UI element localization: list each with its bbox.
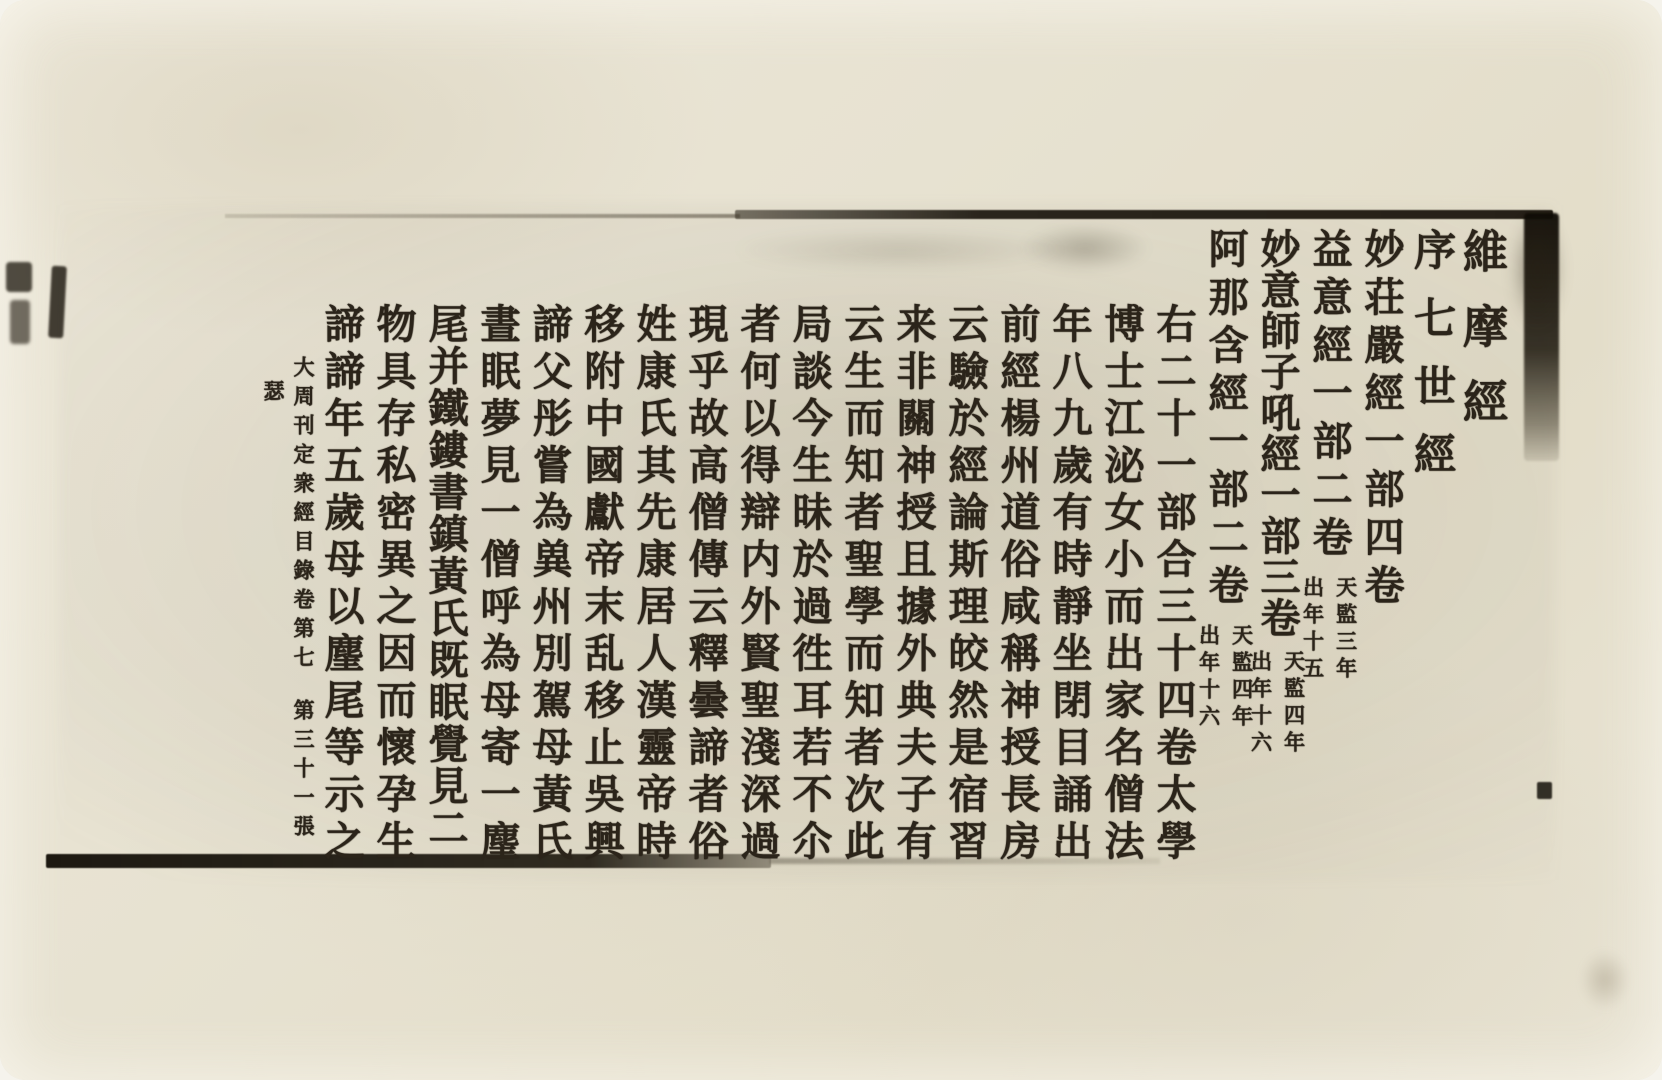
column-text: 序七世經 — [1408, 228, 1457, 500]
note-line: 出年十六 — [1194, 624, 1224, 732]
text-column-body: 尾并鐵鏤書鎮黃氏既眠覺見二 — [430, 228, 474, 878]
text-column-body: 諦諦年五歲母以麈尾等示之 — [326, 228, 370, 878]
text-column-body: 諦父彤嘗為兾州別駕母黃氏 — [534, 228, 578, 878]
text-column-title: 維摩經 — [1470, 228, 1514, 878]
text-column-body: 年八九歲有時靜坐閉目誦出 — [1054, 228, 1098, 878]
column-text: 晝眠夢見一僧呼為母寄一麈 — [474, 303, 521, 867]
column-text: 益意經一部二卷 — [1306, 228, 1353, 564]
ink-dot — [1537, 782, 1552, 799]
column-text: 年八九歲有時靜坐閉目誦出 — [1046, 303, 1093, 867]
text-column-body: 来非關神授且據外典夫子有 — [898, 228, 942, 878]
text-column-subtitle: 序七世經 — [1418, 228, 1462, 878]
text-column-body: 姓康氏其先康居人漢靈帝時 — [638, 228, 682, 878]
column-text: 云驗於經論斯理皎然是宿習 — [942, 303, 989, 867]
text-column-body: 晝眠夢見一僧呼為母寄一麈 — [482, 228, 526, 878]
colophon-segment: 瑟 — [258, 380, 288, 409]
column-text: 云生而知者聖學而知者次此 — [838, 303, 885, 867]
column-text: 諦諦年五歲母以麈尾等示之 — [318, 303, 365, 867]
text-block: 維摩經序七世經妙荘嚴經一部四卷益意經一部二卷天監三年出年十五妙意師子吼經一部三卷… — [70, 228, 1522, 878]
interlinear-date-note: 天監三年出年十五 — [1307, 576, 1351, 684]
column-text: 右二十一部合三十四卷太學 — [1150, 303, 1197, 867]
note-line: 天監四年 — [1227, 624, 1257, 732]
text-column-body: 前經楊州道俗咸稱神授長房 — [1002, 228, 1046, 878]
column-text: 来非關神授且據外典夫子有 — [890, 303, 937, 867]
column-text: 局談今生昧於過徃耳若不尒 — [786, 303, 833, 867]
text-column-entry: 益意經一部二卷天監三年出年十五 — [1314, 228, 1358, 878]
column-text: 妙荘嚴經一部四卷 — [1358, 228, 1405, 612]
colophon-segment: 大周刊定衆經目錄卷第七 — [288, 356, 318, 675]
text-column-body: 局談今生昧於過徃耳若不尒 — [794, 228, 838, 878]
column-text: 維摩經 — [1455, 228, 1508, 453]
column-text: 博士江泌女小而出家名僧法 — [1098, 303, 1145, 867]
edge-ink-mark — [6, 262, 32, 292]
text-column-body: 現乎故高僧傳云釋曇諦者俗 — [690, 228, 734, 878]
paper-corner-curl — [1580, 950, 1630, 1010]
text-column-body: 云驗於經論斯理皎然是宿習 — [950, 228, 994, 878]
colophon-segment: 第三十一張 — [288, 699, 318, 844]
text-column-entry: 妙荘嚴經一部四卷 — [1366, 228, 1410, 878]
interlinear-date-note: 天監四年出年十六 — [1255, 650, 1299, 758]
edge-ink-mark — [10, 300, 30, 344]
column-text: 現乎故高僧傳云釋曇諦者俗 — [682, 303, 729, 867]
column-text: 阿那含經一部二卷 — [1202, 228, 1249, 612]
column-text: 前經楊州道俗咸稱神授長房 — [994, 303, 1041, 867]
column-text: 妙意師子吼經一部三卷 — [1254, 228, 1301, 638]
text-column-body: 博士江泌女小而出家名僧法 — [1106, 228, 1150, 878]
note-line: 天監四年 — [1279, 650, 1309, 758]
note-line: 天監三年 — [1331, 576, 1361, 684]
text-column-body: 移附中國獻帝末乱移止吳興 — [586, 228, 630, 878]
column-text: 移附中國獻帝末乱移止吳興 — [578, 303, 625, 867]
column-text: 姓康氏其先康居人漢靈帝時 — [630, 303, 677, 867]
text-column-body: 者何以得辯内外賢聖淺深過 — [742, 228, 786, 878]
column-text: 者何以得辯内外賢聖淺深過 — [734, 303, 781, 867]
column-text: 尾并鐵鏤書鎮黃氏既眠覺見二 — [422, 303, 469, 849]
text-column-body: 云生而知者聖學而知者次此 — [846, 228, 890, 878]
interlinear-date-note: 天監四年出年十六 — [1203, 624, 1247, 732]
text-column-body: 右二十一部合三十四卷太學 — [1158, 228, 1202, 878]
frame-border-top — [735, 210, 1553, 219]
column-text: 物具存私密異之因而懷孕生 — [370, 303, 417, 867]
frame-border-top-faint — [225, 214, 740, 218]
scanned-page: 維摩經序七世經妙荘嚴經一部四卷益意經一部二卷天監三年出年十五妙意師子吼經一部三卷… — [0, 0, 1662, 1080]
column-text: 諦父彤嘗為兾州別駕母黃氏 — [526, 303, 573, 867]
text-column-entry: 阿那含經一部二卷天監四年出年十六 — [1210, 228, 1254, 878]
text-column-entry: 妙意師子吼經一部三卷天監四年出年十六 — [1262, 228, 1306, 878]
text-column-body: 物具存私密異之因而懷孕生 — [378, 228, 422, 878]
